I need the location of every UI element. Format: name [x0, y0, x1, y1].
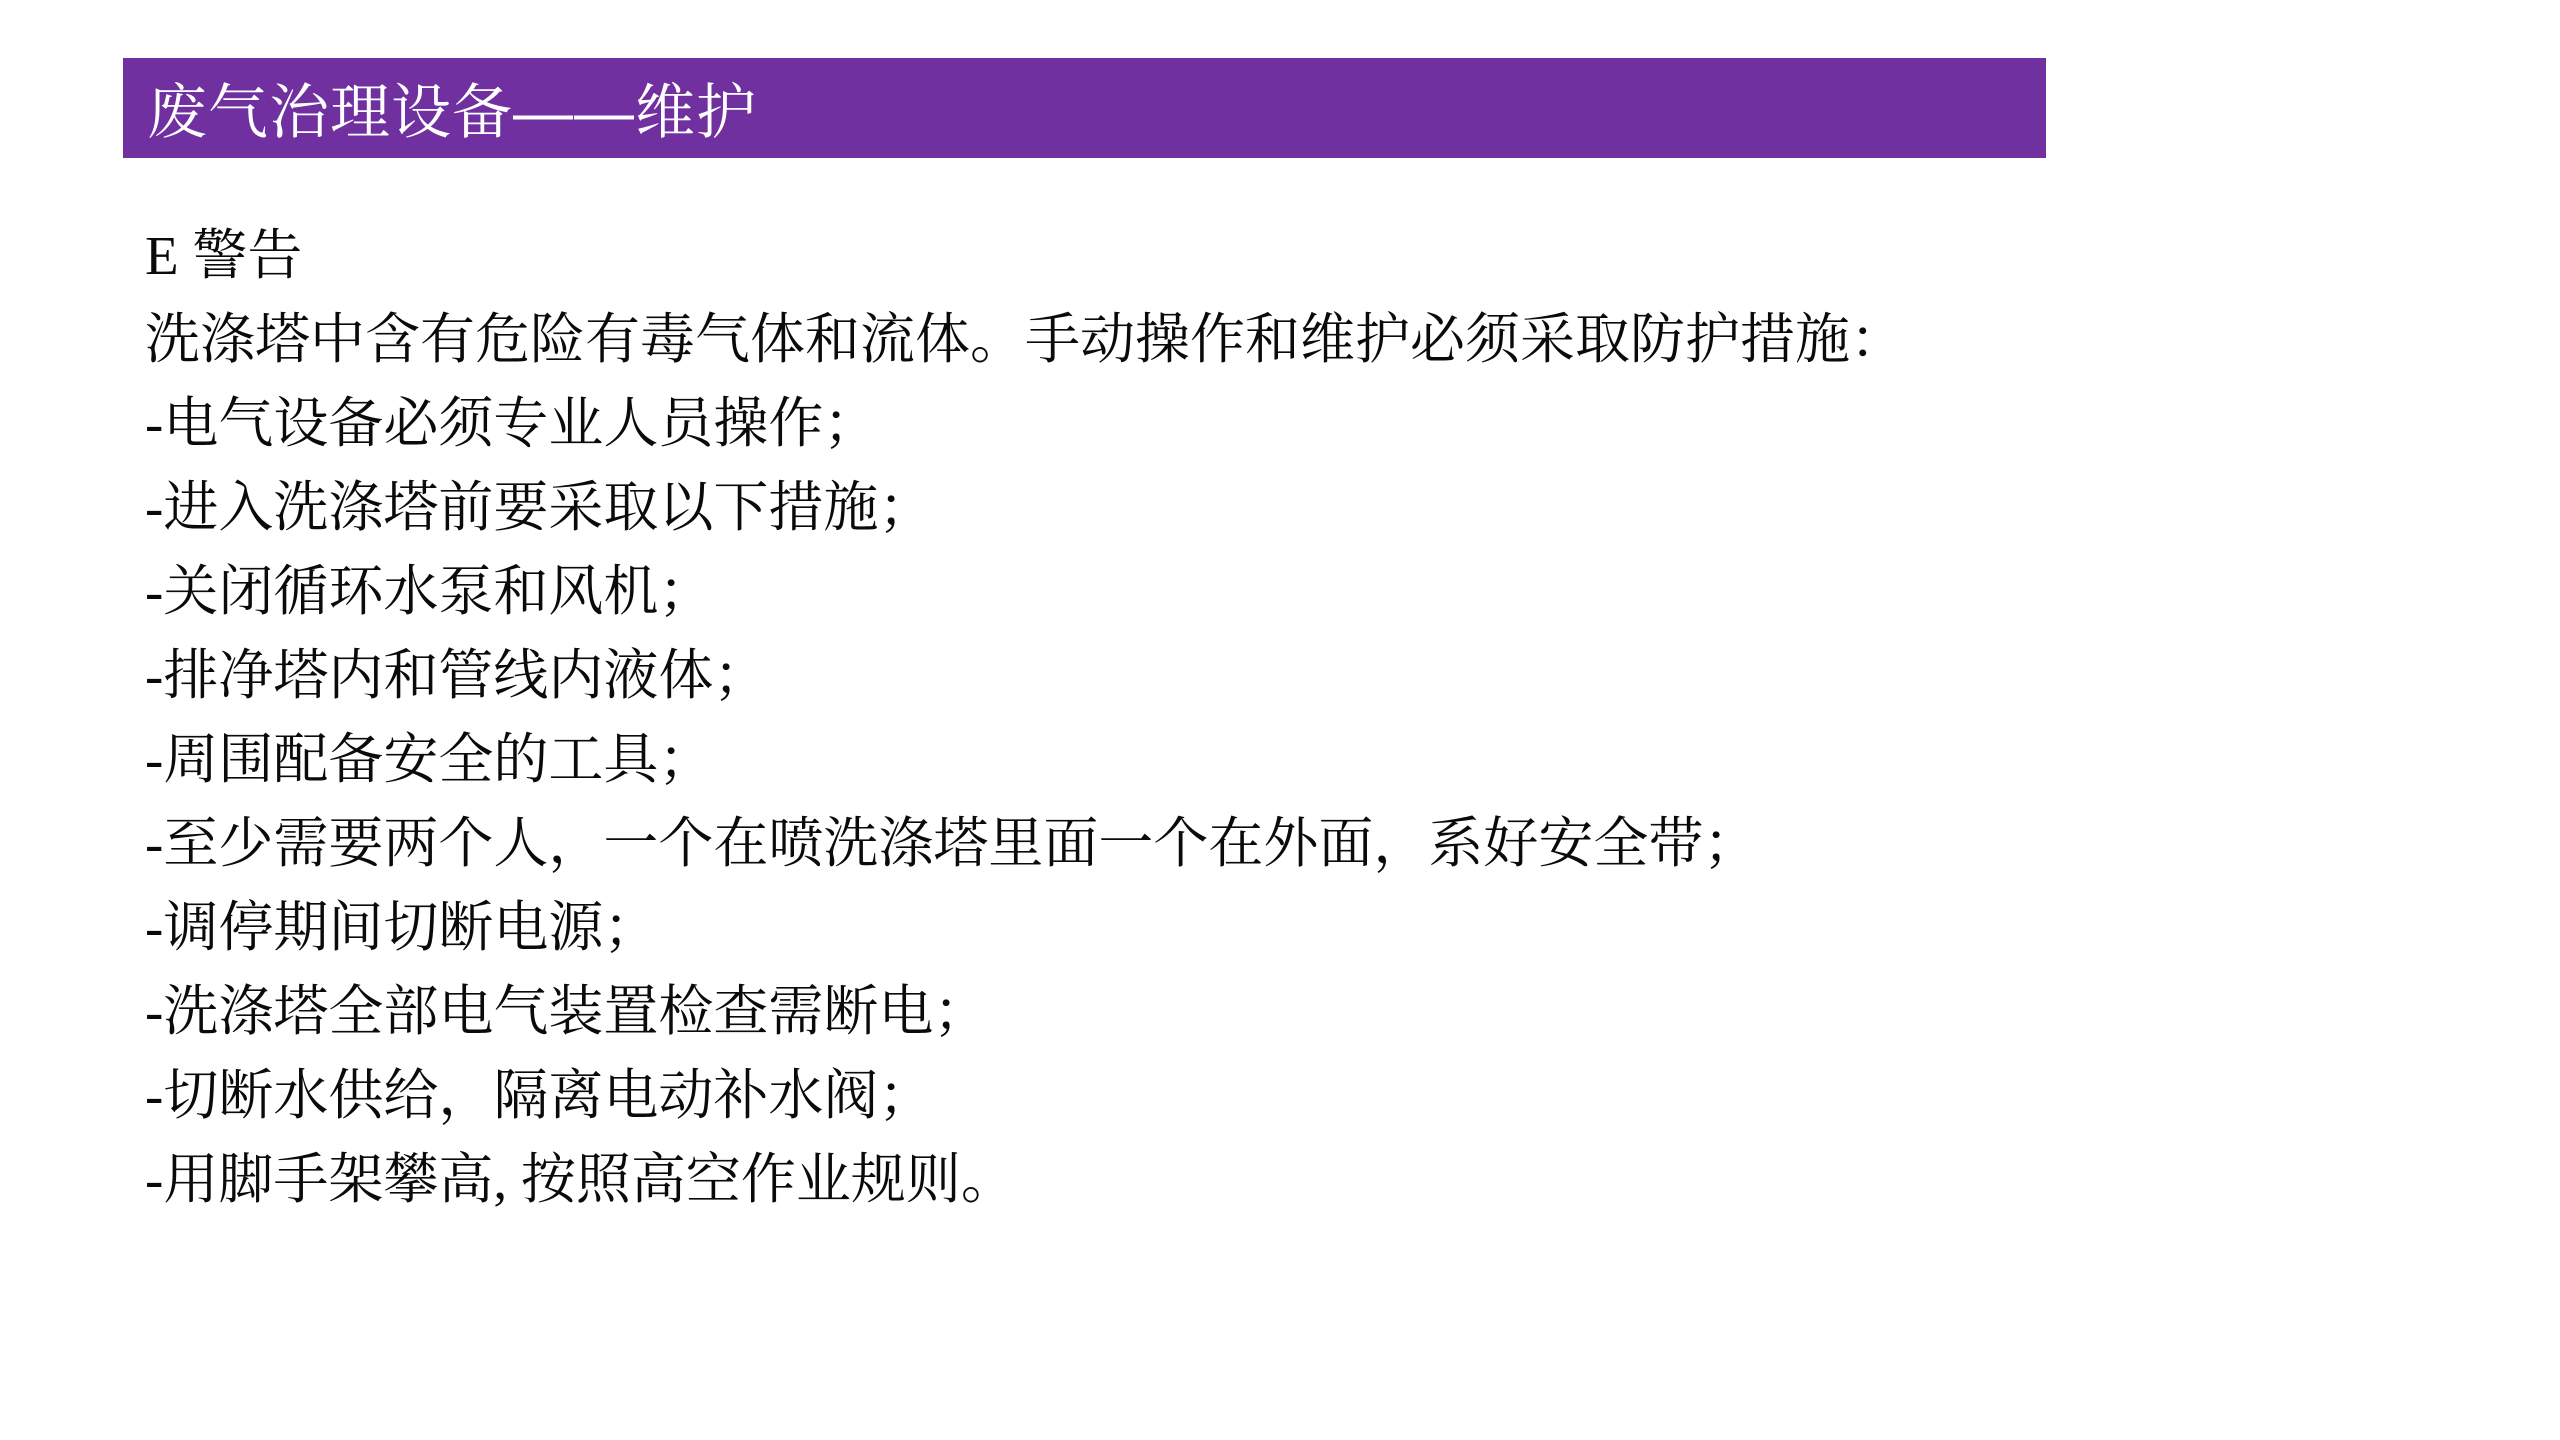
slide-canvas: 废气治理设备——维护 E 警告 洗涤塔中含有危险有毒气体和流体。手动操作和维护必… — [0, 0, 2560, 1440]
body-line: -电气设备必须专业人员操作； — [145, 382, 2415, 466]
body-line: -进入洗涤塔前要采取以下措施； — [145, 466, 2415, 550]
body-line: -至少需要两个人，一个在喷洗涤塔里面一个在外面，系好安全带； — [145, 802, 2415, 886]
body-line: -用脚手架攀高, 按照高空作业规则。 — [145, 1138, 2415, 1222]
slide-title-bar: 废气治理设备——维护 — [123, 58, 2046, 158]
body-line: -排净塔内和管线内液体； — [145, 634, 2415, 718]
body-line: -关闭循环水泵和风机； — [145, 550, 2415, 634]
body-line: 洗涤塔中含有危险有毒气体和流体。手动操作和维护必须采取防护措施： — [145, 298, 2415, 382]
body-line: -调停期间切断电源； — [145, 886, 2415, 970]
warning-label: E 警告 — [145, 214, 2415, 298]
slide-body: E 警告 洗涤塔中含有危险有毒气体和流体。手动操作和维护必须采取防护措施： -电… — [145, 214, 2415, 1222]
body-line: -洗涤塔全部电气装置检查需断电； — [145, 970, 2415, 1054]
body-line: -周围配备安全的工具； — [145, 718, 2415, 802]
slide-title: 废气治理设备——维护 — [123, 65, 757, 151]
body-line: -切断水供给，隔离电动补水阀； — [145, 1054, 2415, 1138]
